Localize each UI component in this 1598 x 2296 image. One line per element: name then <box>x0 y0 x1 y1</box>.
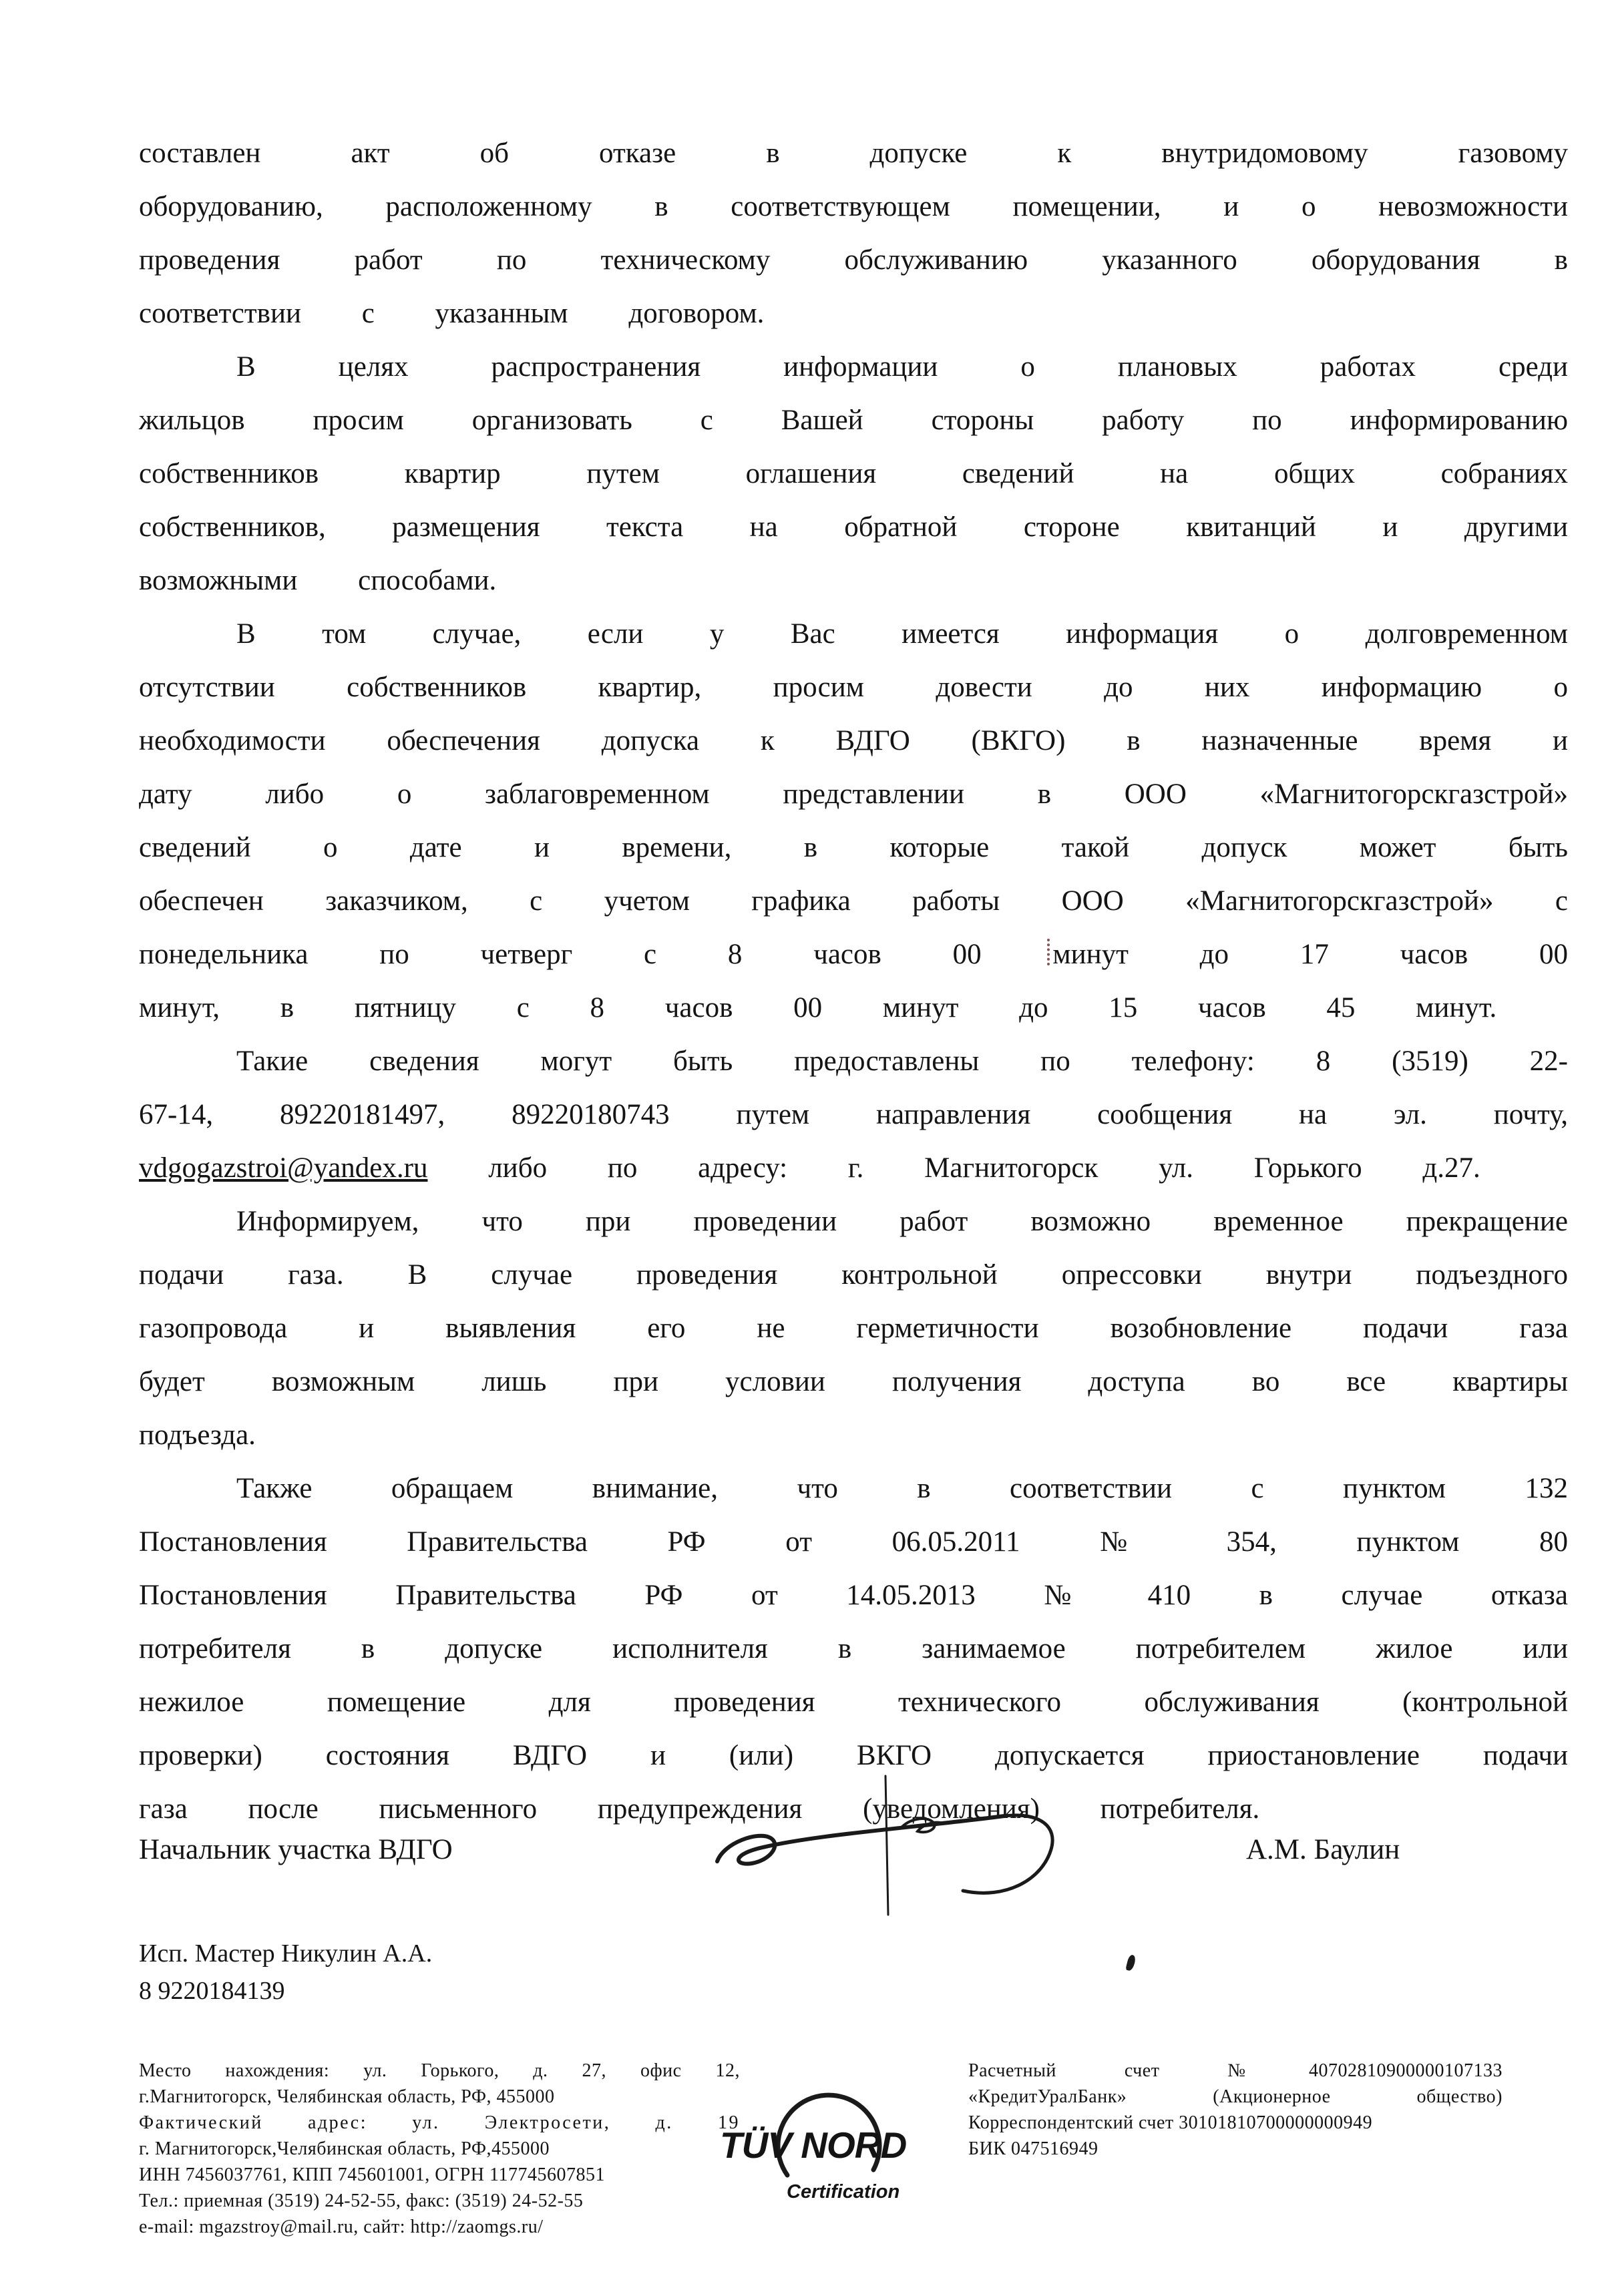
signer-position: Начальник участка ВДГО <box>139 1833 453 1866</box>
footer-actual-address-2: г. Магнитогорск,Челябинская область, РФ,… <box>139 2136 740 2162</box>
footer-actual-address-1: Фактический адрес: ул. Электросети, д. 1… <box>139 2110 740 2136</box>
logo-subtitle: Certification <box>787 2179 900 2205</box>
contact-text-after: либо по адресу: г. Магнитогорск ул. Горь… <box>427 1152 1480 1184</box>
document-page: составлен акт об отказе в допуске к внут… <box>0 0 1598 2296</box>
paragraph-contact-info: Такие сведения могут быть предоставлены … <box>139 1035 1568 1195</box>
footer-inn-kpp-ogrn: ИНН 7456037761, КПП 745601001, ОГРН 1177… <box>139 2162 740 2188</box>
letterhead-footer: Место нахождения: ул. Горького, д. 27, о… <box>139 2058 1568 2271</box>
footer-email-site: e-mail: mgazstroy@mail.ru, сайт: http://… <box>139 2214 740 2240</box>
scan-artifact-dotted-mark <box>1047 939 1050 965</box>
footer-phone-fax: Тел.: приемная (3519) 24-52-55, факс: (3… <box>139 2188 740 2214</box>
footer-correspondent-account: Корреспондентский счет 30101810700000000… <box>968 2110 1503 2136</box>
executor-block: Исп. Мастер Никулин А.А. 8 9220184139 <box>139 1935 432 2010</box>
contact-text-before: Такие сведения могут быть предоставлены … <box>139 1046 1568 1130</box>
paragraph-information-distribution: В целях распространения информации о пла… <box>139 340 1568 608</box>
footer-legal-address-1: Место нахождения: ул. Горького, д. 27, о… <box>139 2058 740 2084</box>
signer-name: А.М. Баулин <box>1246 1833 1400 1866</box>
paragraph-continuation: составлен акт об отказе в допуске к внут… <box>139 127 1568 340</box>
paragraph-gas-interruption: Информируем, что при проведении работ во… <box>139 1195 1568 1462</box>
letter-body: составлен акт об отказе в допуске к внут… <box>139 127 1568 1836</box>
tuv-nord-logo: TÜV NORD Certification <box>720 2068 960 2222</box>
footer-address-block: Место нахождения: ул. Горького, д. 27, о… <box>139 2058 740 2240</box>
executor-name: Исп. Мастер Никулин А.А. <box>139 1935 432 1972</box>
footer-bik: БИК 047516949 <box>968 2136 1503 2162</box>
logo-title: TÜV NORD <box>720 2132 927 2158</box>
footer-bank-block: Расчетный счет №40702810900000107133 «Кр… <box>968 2058 1503 2162</box>
footer-legal-address-2: г.Магнитогорск, Челябинская область, РФ,… <box>139 2084 740 2110</box>
paragraph-long-absence: В том случае, если у Вас имеется информа… <box>139 608 1568 1035</box>
email-address: vdgogazstroi@yandex.ru <box>139 1152 427 1184</box>
footer-bank-name: «КредитУралБанк» (Акционерное общество) <box>968 2084 1503 2110</box>
footer-settlement-account: Расчетный счет №40702810900000107133 <box>968 2058 1503 2084</box>
handwritten-signature <box>705 1773 1092 1927</box>
executor-phone: 8 9220184139 <box>139 1972 432 2010</box>
